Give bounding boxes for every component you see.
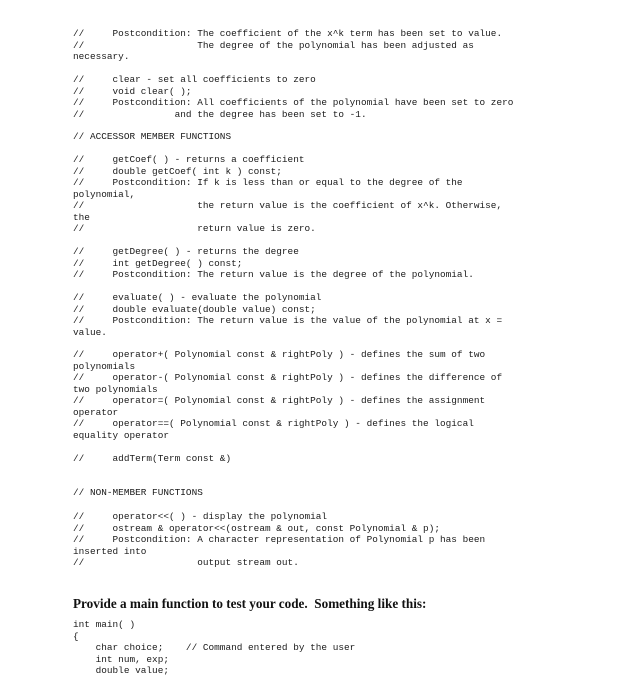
comment-line: // ACCESSOR MEMBER FUNCTIONS: [73, 131, 231, 143]
comment-line: // Postcondition: The return value is th…: [73, 315, 502, 327]
comment-line: value.: [73, 327, 107, 339]
comment-line: // void clear( );: [73, 86, 192, 98]
comment-line: // operator+( Polynomial const & rightPo…: [73, 349, 485, 361]
comment-line: // Postcondition: A character representa…: [73, 534, 485, 546]
comment-line: // int getDegree( ) const;: [73, 258, 242, 270]
comment-line: // The degree of the polynomial has been…: [73, 40, 474, 52]
comment-line: // Postcondition: All coefficients of th…: [73, 97, 513, 109]
comment-line: // ostream & operator<<(ostream & out, c…: [73, 523, 440, 535]
comment-line: // double evaluate(double value) const;: [73, 304, 316, 316]
comment-line: // operator=( Polynomial const & rightPo…: [73, 395, 485, 407]
code-line: int num, exp;: [73, 654, 169, 666]
comment-line: polynomials: [73, 361, 135, 373]
document-page: // Postcondition: The coefficient of the…: [0, 0, 621, 700]
comment-line: necessary.: [73, 51, 129, 63]
comment-line: // operator==( Polynomial const & rightP…: [73, 418, 474, 430]
comment-line: // double getCoef( int k ) const;: [73, 166, 282, 178]
code-line: {: [73, 631, 79, 643]
comment-line: operator: [73, 407, 118, 419]
comment-line: // evaluate( ) - evaluate the polynomial: [73, 292, 321, 304]
comment-line: // getCoef( ) - returns a coefficient: [73, 154, 304, 166]
code-line: char choice; // Command entered by the u…: [73, 642, 355, 654]
comment-line: // and the degree has been set to -1.: [73, 109, 367, 121]
comment-line: // Postcondition: The coefficient of the…: [73, 28, 502, 40]
main-function-instruction-heading: Provide a main function to test your cod…: [73, 596, 426, 612]
comment-line: // Postcondition: If k is less than or e…: [73, 177, 463, 189]
comment-line: equality operator: [73, 430, 169, 442]
comment-line: // getDegree( ) - returns the degree: [73, 246, 299, 258]
comment-line: // clear - set all coefficients to zero: [73, 74, 316, 86]
comment-line: // return value is zero.: [73, 223, 316, 235]
comment-line: // the return value is the coefficient o…: [73, 200, 502, 212]
comment-line: // NON-MEMBER FUNCTIONS: [73, 487, 203, 499]
comment-line: inserted into: [73, 546, 146, 558]
comment-line: // Postcondition: The return value is th…: [73, 269, 474, 281]
comment-line: polynomial,: [73, 189, 135, 201]
comment-line: // operator<<( ) - display the polynomia…: [73, 511, 327, 523]
comment-line: two polynomials: [73, 384, 158, 396]
comment-line: // operator-( Polynomial const & rightPo…: [73, 372, 502, 384]
comment-line: the: [73, 212, 90, 224]
code-line: double value;: [73, 665, 169, 677]
comment-line: // addTerm(Term const &): [73, 453, 231, 465]
comment-line: // output stream out.: [73, 557, 299, 569]
code-line: int main( ): [73, 619, 135, 631]
